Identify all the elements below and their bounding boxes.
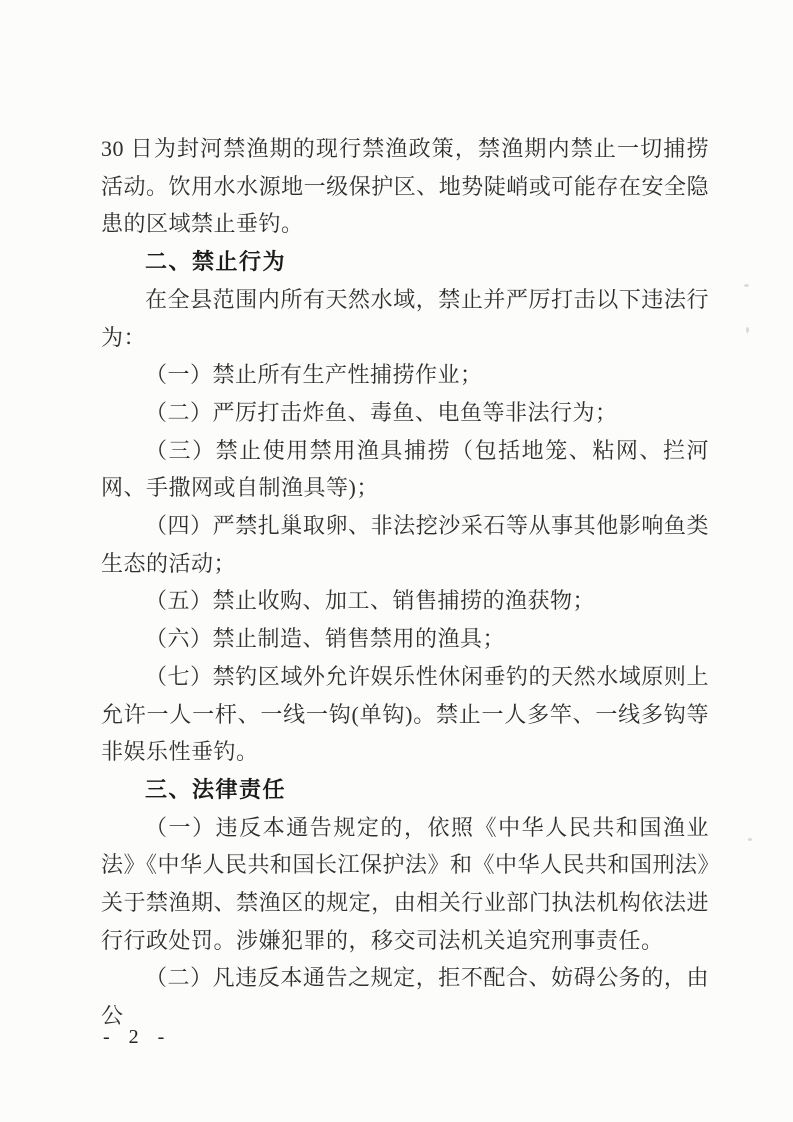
scan-artifact-speck xyxy=(744,284,749,287)
paragraph: 在全县范围内所有天然水域，禁止并严厉打击以下违法行为： xyxy=(101,281,709,356)
paragraph: （七）禁钓区域外允许娱乐性休闲垂钓的天然水域原则上允许一人一杆、一线一钩(单钩)… xyxy=(101,658,709,771)
paragraph: （三）禁止使用禁用渔具捕捞（包括地笼、粘网、拦河网、手撒网或自制渔具等)； xyxy=(101,432,709,507)
paragraph: （二）凡违反本通告之规定，拒不配合、妨碍公务的，由公 xyxy=(101,959,709,1034)
paragraph: （一）禁止所有生产性捕捞作业； xyxy=(101,356,709,394)
section-heading: 二、禁止行为 xyxy=(101,243,709,281)
paragraph: （二）严厉打击炸鱼、毒鱼、电鱼等非法行为； xyxy=(101,394,709,432)
paragraph: （五）禁止收购、加工、销售捕捞的渔获物； xyxy=(101,582,709,620)
scanned-document-page: 30 日为封河禁渔期的现行禁渔政策，禁渔期内禁止一切捕捞活动。饮用水水源地一级保… xyxy=(0,0,793,1122)
paragraph: （四）严禁扎巢取卵、非法挖沙采石等从事其他影响鱼类生态的活动； xyxy=(101,507,709,582)
paragraph: 30 日为封河禁渔期的现行禁渔政策，禁渔期内禁止一切捕捞活动。饮用水水源地一级保… xyxy=(101,130,709,243)
scan-artifact-speck xyxy=(746,327,749,333)
scan-artifact-speck xyxy=(748,838,752,841)
paragraph: （六）禁止制造、销售禁用的渔具； xyxy=(101,620,709,658)
document-body: 30 日为封河禁渔期的现行禁渔政策，禁渔期内禁止一切捕捞活动。饮用水水源地一级保… xyxy=(101,130,709,1035)
paragraph: （一）违反本通告规定的，依照《中华人民共和国渔业法》《中华人民共和国长江保护法》… xyxy=(101,809,709,960)
page-number: - 2 - xyxy=(103,1026,171,1049)
section-heading: 三、法律责任 xyxy=(101,771,709,809)
